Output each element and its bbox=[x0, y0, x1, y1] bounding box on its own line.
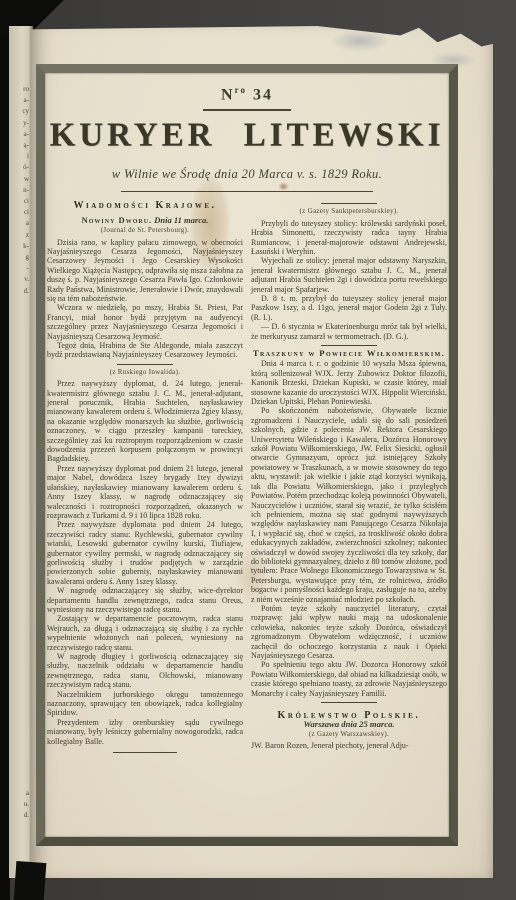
spine-fragment: d. bbox=[24, 810, 29, 821]
spine-fragment: k- bbox=[22, 241, 29, 252]
spine-fragment: ro bbox=[22, 84, 29, 95]
article-paragraph: Przez naywyższy dyplomat pod dniem 21 lu… bbox=[47, 464, 243, 520]
spine-fragment: ó- bbox=[22, 162, 29, 173]
issue-number: Nro 34 bbox=[45, 85, 449, 104]
article-paragraph: Dnia 4 marca t. r. o godzinie 10 wyszła … bbox=[251, 359, 447, 406]
divider-rule bbox=[117, 364, 173, 365]
spine-fragment: a bbox=[24, 788, 29, 799]
previous-page-edge: ro a- cy y- a- ą- i ó- w n- ci ci a z k-… bbox=[9, 26, 33, 878]
column-left: Wiadomości Krajowe. Nowiny Dworu. Dnia 1… bbox=[47, 199, 243, 787]
article-paragraph: Wczora w niedzielę, po mszy, Hrabia St. … bbox=[47, 303, 243, 341]
spine-fragment: y- bbox=[22, 118, 29, 129]
spine-fragment: ci bbox=[22, 207, 29, 218]
spine-fragment: u. bbox=[24, 799, 29, 810]
spine-fragment: v. bbox=[22, 274, 29, 285]
divider-rule bbox=[321, 345, 377, 346]
spine-fragment: ci bbox=[22, 196, 29, 207]
source-line: (z Gazety Sanktpetersburskiey). bbox=[251, 207, 447, 216]
section-header: Wiadomości Krajowe. bbox=[47, 201, 243, 210]
dateline: Warszawa dnia 25 marca. bbox=[251, 720, 447, 729]
article-paragraph: Prezydentem izby orenburskiey sądu cywil… bbox=[47, 718, 243, 746]
binding-shadow-bottom bbox=[14, 861, 47, 900]
article-headline: Nowiny Dworu. Dnia 11 marca. bbox=[47, 216, 243, 225]
divider-rule bbox=[113, 752, 177, 753]
text-columns: Wiadomości Krajowe. Nowiny Dworu. Dnia 1… bbox=[45, 199, 449, 787]
article-paragraph: W nagrodę odznaczającey się służby, wice… bbox=[47, 586, 243, 614]
divider-rule bbox=[321, 702, 377, 703]
article-paragraph: Zostający w departamencie pocztowym, rad… bbox=[47, 614, 243, 652]
divider-rule bbox=[203, 109, 291, 111]
column-right: (z Gazety Sanktpetersburskiey). Przybyli… bbox=[251, 199, 447, 787]
source-line: (z Gazety Warszawskiey). bbox=[251, 730, 447, 739]
article-title: Nowiny Dworu. bbox=[82, 215, 153, 225]
spine-fragment: d. bbox=[22, 286, 29, 297]
section-header: Traszkuny w Powiecie Wiłkomierskim. bbox=[251, 349, 447, 358]
spine-text-fragments-top: ro a- cy y- a- ą- i ó- w n- ci ci a z k-… bbox=[22, 84, 29, 297]
spine-fragment: g bbox=[22, 252, 29, 263]
divider-rule bbox=[121, 191, 373, 192]
paper-title: KURYER LITEWSKI bbox=[45, 117, 449, 155]
divider-rule bbox=[321, 203, 377, 204]
spine-fragment: z bbox=[22, 230, 29, 241]
article-paragraph: Po skończoném nabożeństwie, Obywatele li… bbox=[251, 406, 447, 604]
spine-fragment: cy bbox=[22, 106, 29, 117]
spine-fragment: n- bbox=[22, 185, 29, 196]
spine-fragment: - bbox=[22, 263, 29, 274]
spine-fragment: ą- bbox=[22, 140, 29, 151]
article-paragraph: Naczelnikiem jurborskiego okręgu tamożen… bbox=[47, 690, 243, 718]
spine-text-fragments-bottom: a u. d. bbox=[24, 788, 29, 822]
article-paragraph: D. 8 t. m. przybył do tuteyszey stolicy … bbox=[251, 294, 447, 322]
article-paragraph: Po spełnieniu tego aktu JW. Dozorca Hono… bbox=[251, 660, 447, 698]
masthead: Nro 34 KURYER LITEWSKI w Wilnie we Środę… bbox=[45, 85, 449, 192]
article-date: Dnia 11 marca. bbox=[154, 215, 208, 225]
dateline: w Wilnie we Środę dnia 20 Marca v. s. 18… bbox=[45, 167, 449, 182]
article-paragraph: — D. 6 stycznia w Ekaterinenburgu mróz t… bbox=[251, 322, 447, 341]
article-paragraph: Wyjechali ze stolicy: jenerał major odst… bbox=[251, 256, 447, 294]
source-line: (Journal de St. Petersbourg). bbox=[47, 226, 243, 235]
ink-smudge bbox=[330, 30, 390, 52]
article-paragraph: Dzisia rano, w kaplicy pałacu zimowego, … bbox=[47, 238, 243, 304]
page-border-frame: Nro 34 KURYER LITEWSKI w Wilnie we Środę… bbox=[36, 64, 458, 846]
spine-fragment: w bbox=[22, 174, 29, 185]
newspaper-page: Nro 34 KURYER LITEWSKI w Wilnie we Środę… bbox=[30, 26, 493, 878]
article-paragraph: W nagrodę długiey i gorliwością odznacza… bbox=[47, 652, 243, 690]
spine-fragment: i bbox=[22, 151, 29, 162]
spine-fragment: a bbox=[22, 218, 29, 229]
issue-prefix: N bbox=[221, 86, 235, 103]
article-paragraph: JW. Baron Rozen, Jenerał piechoty, jener… bbox=[251, 741, 447, 750]
article-paragraph: Przybyli do tuteyszey stolicy: królewski… bbox=[251, 219, 447, 257]
issue-value: 34 bbox=[253, 86, 273, 103]
page-content: Nro 34 KURYER LITEWSKI w Wilnie we Środę… bbox=[45, 73, 449, 837]
article-paragraph: Przez naywyższy dyplomat, d. 24 lutego, … bbox=[47, 379, 243, 464]
article-paragraph: Potóm teyże szkoły nauczyciel literatury… bbox=[251, 604, 447, 660]
issue-superscript: ro bbox=[235, 85, 247, 95]
spine-fragment: a- bbox=[22, 129, 29, 140]
spine-fragment: a- bbox=[22, 95, 29, 106]
article-paragraph: Przez naywyższe dyplomata pod dniem 24 l… bbox=[47, 520, 243, 586]
source-line: (z Ruskiego Inwalida). bbox=[47, 368, 243, 377]
article-paragraph: Tegoż dnia, Hrabina de Ste Aldegonde, mi… bbox=[47, 341, 243, 360]
